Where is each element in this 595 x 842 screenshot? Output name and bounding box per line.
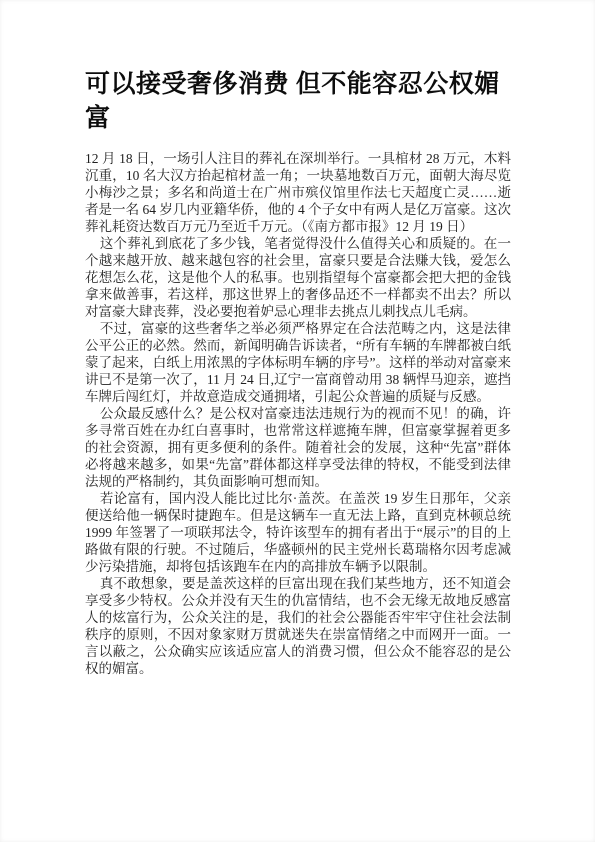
- paragraph-6: 真不敢想象，要是盖茨这样的巨富出现在我们某些地方，还不知道会享受多少特权。公众并…: [85, 575, 511, 677]
- article-title: 可以接受奢侈消费 但不能容忍公权媚富: [85, 68, 511, 136]
- article-body: 12 月 18 日，一场引人注目的葬礼在深圳举行。一具棺材 28 万元，木料沉重…: [85, 150, 511, 677]
- paragraph-3: 不过，富豪的这些奢华之举必须严格界定在合法范畴之内，这是法律公平公正的必然。然而…: [85, 320, 511, 405]
- paragraph-2: 这个葬礼到底花了多少钱，笔者觉得没什么值得关心和质疑的。在一个越来越开放、越来越…: [85, 235, 511, 320]
- document-page: 可以接受奢侈消费 但不能容忍公权媚富 12 月 18 日，一场引人注目的葬礼在深…: [0, 0, 595, 842]
- paragraph-5: 若论富有，国内没人能比过比尔·盖茨。在盖茨 19 岁生日那年，父亲便送给他一辆保…: [85, 490, 511, 575]
- paragraph-4: 公众最反感什么？是公权对富豪违法违规行为的视而不见！的确，许多寻常百姓在办红白喜…: [85, 405, 511, 490]
- paragraph-1: 12 月 18 日，一场引人注目的葬礼在深圳举行。一具棺材 28 万元，木料沉重…: [85, 150, 511, 235]
